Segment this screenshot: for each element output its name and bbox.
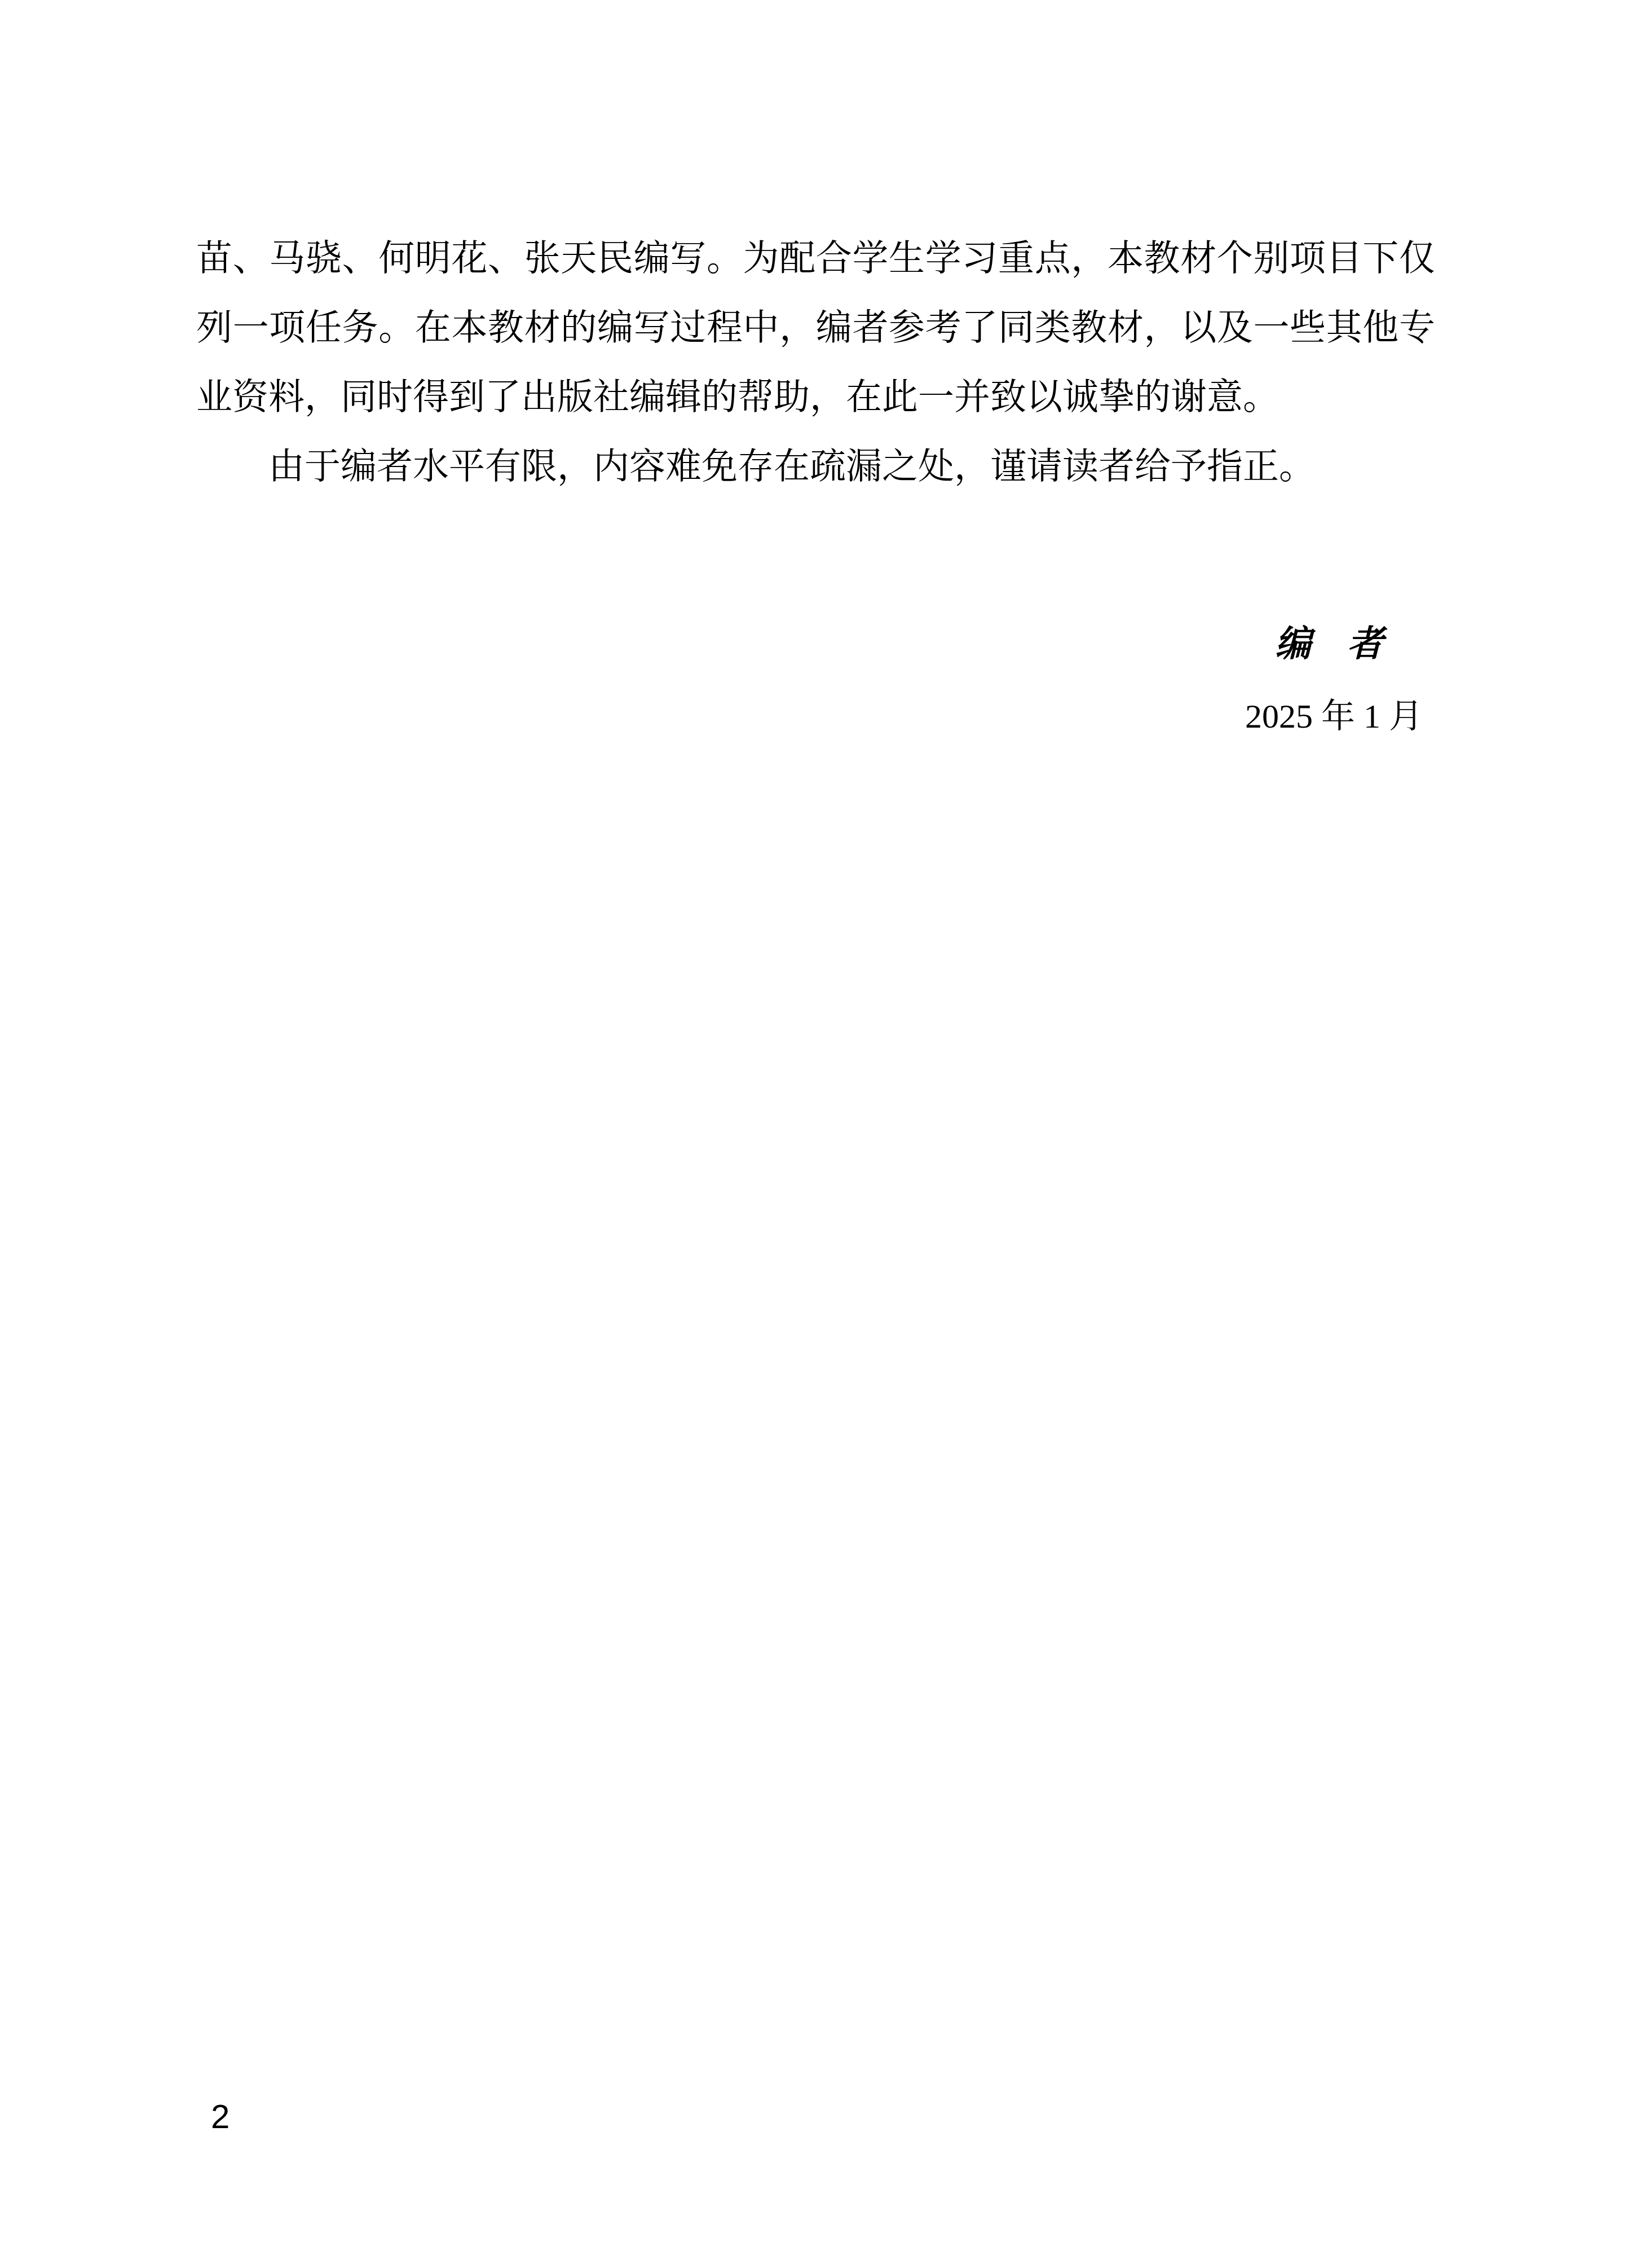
paragraph2-line: 由于编者水平有限，内容难免存在疏漏之处，谨请读者给予指正。 xyxy=(196,431,1435,501)
document-page: 苗、马骁、何明花、张天民编写。为配合学生学习重点，本教材个别项目下仅 列一项任务… xyxy=(0,0,1628,2268)
paragraph1-line-3: 业资料，同时得到了出版社编辑的帮助，在此一并致以诚挚的谢意。 xyxy=(196,362,1435,431)
signature-date: 2025 年 1 月 xyxy=(1245,699,1423,733)
body-text-block: 苗、马骁、何明花、张天民编写。为配合学生学习重点，本教材个别项目下仅 列一项任务… xyxy=(196,223,1435,501)
signature-author: 编 者 xyxy=(1275,609,1383,679)
paragraph1-line-2: 列一项任务。在本教材的编写过程中，编者参考了同类教材，以及一些其他专 xyxy=(196,293,1435,362)
page-number: 2 xyxy=(211,2100,230,2134)
paragraph1-line-1: 苗、马骁、何明花、张天民编写。为配合学生学习重点，本教材个别项目下仅 xyxy=(196,223,1435,293)
